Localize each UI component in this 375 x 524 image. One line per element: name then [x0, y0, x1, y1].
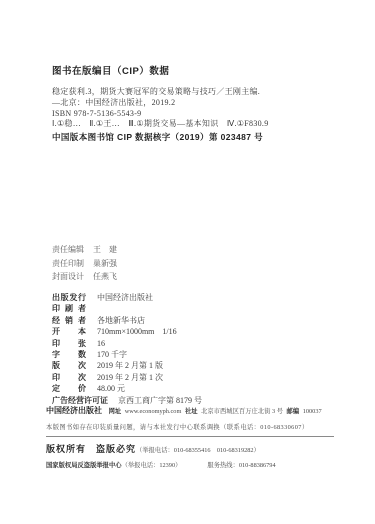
staff-label: 封面设计: [52, 272, 84, 281]
pub-label: 出版发行: [52, 292, 86, 303]
copyright-phones: （举报电话：010-68355416 010-68319282）: [136, 447, 260, 454]
cip-classification: Ⅰ.①稳… Ⅱ.①王… Ⅲ.①期货交易—基本知识 Ⅳ.①F830.9: [52, 119, 337, 130]
service-hotline: 服务热线：010-88386794: [207, 462, 275, 469]
anti-piracy-line: 国家版权局反盗版举报中心（举报电话：12390）服务热线：010-8838679…: [46, 460, 338, 469]
cip-record-number: 中国版本图书馆 CIP 数据核字（2019）第 023487 号: [52, 132, 337, 143]
staff-credits: 责任编辑 王 建 责任印制 巢新强 封面设计 任燕飞: [52, 243, 117, 284]
imprint-section: 中国经济出版社 网址 www.economyph.com 社址 北京市西城区百万…: [46, 406, 338, 469]
pub-row-format: 开本 710mm×1000mm 1/16: [52, 326, 345, 337]
staff-label: 责任印制: [52, 259, 84, 268]
pub-row-printer: 印刷者: [52, 303, 345, 314]
website-url: www.economyph.com: [125, 408, 182, 415]
pub-row-publisher: 出版发行 中国经济出版社: [52, 292, 345, 303]
pub-value: 48.00 元: [97, 384, 125, 393]
pub-label: 定价: [52, 383, 86, 394]
pub-value: 170 千字: [97, 350, 127, 359]
pub-value: 2019 年 2 月第 1 次: [97, 373, 163, 382]
pub-row-sheets: 印张 16: [52, 338, 345, 349]
pub-value: 各地新华书店: [97, 316, 145, 325]
publisher-name: 中国经济出版社: [46, 406, 102, 415]
pub-row-distributor: 经销者 各地新华书店: [52, 315, 345, 326]
staff-row-cover-design: 封面设计 任燕飞: [52, 270, 117, 284]
address-value: 北京市西城区百万庄北街 3 号: [201, 408, 283, 415]
staff-value: 王 建: [93, 245, 117, 254]
cip-section: 图书在版编目（CIP）数据 稳定获利.3，期货大赛冠军的交易策略与技巧／王刚主编…: [52, 63, 337, 143]
publisher-contact-line: 中国经济出版社 网址 www.economyph.com 社址 北京市西城区百万…: [46, 406, 338, 416]
pub-row-edition: 版次 2019 年 2 月第 1 版: [52, 360, 345, 371]
staff-label: 责任编辑: [52, 245, 84, 254]
license-label: 广告经营许可证: [52, 396, 108, 405]
staff-value: 巢新强: [93, 259, 117, 268]
anti-piracy-center: 国家版权局反盗版举报中心: [46, 462, 122, 469]
postcode-label: 邮编: [287, 408, 300, 415]
pub-label: 印张: [52, 338, 86, 349]
publication-details: 出版发行 中国经济出版社 印刷者 经销者 各地新华书店 开本 710mm×100…: [52, 292, 345, 406]
cip-publisher-line: —北京：中国经济出版社，2019.2: [52, 98, 337, 109]
pub-label: 经销者: [52, 315, 86, 326]
divider-line: [46, 436, 334, 437]
pub-label: 印刷者: [52, 303, 86, 314]
cip-header: 图书在版编目（CIP）数据: [52, 63, 337, 77]
pub-label: 字数: [52, 349, 86, 360]
pub-label: 开本: [52, 326, 86, 337]
pub-value: 710mm×1000mm 1/16: [97, 327, 177, 336]
staff-row-editor: 责任编辑 王 建: [52, 243, 117, 257]
website-label: 网址: [109, 408, 122, 415]
pub-row-impression: 印次 2019 年 2 月第 1 次: [52, 372, 345, 383]
pub-value: 16: [97, 339, 105, 348]
pub-label: 版次: [52, 360, 86, 371]
anti-piracy-phone: （举报电话：12390）: [122, 462, 182, 469]
pub-row-price: 定价 48.00 元: [52, 383, 345, 394]
postcode-value: 100037: [303, 408, 322, 415]
pub-value: 2019 年 2 月第 1 版: [97, 361, 163, 370]
copyright-notice: 版权所有 盗版必究（举报电话：010-68355416 010-68319282…: [46, 442, 338, 455]
license-value: 京西工商广字第 8179 号: [118, 396, 202, 405]
cip-isbn: ISBN 978-7-5136-5543-9: [52, 109, 337, 120]
cip-title-line: 稳定获利.3，期货大赛冠军的交易策略与技巧／王刚主编.: [52, 87, 337, 98]
copyright-statement: 版权所有 盗版必究: [46, 444, 136, 454]
address-label: 社址: [185, 408, 198, 415]
pub-row-ad-license: 广告经营许可证 京西工商广字第 8179 号: [52, 395, 345, 406]
pub-row-wordcount: 字数 170 千字: [52, 349, 345, 360]
staff-row-printing: 责任印制 巢新强: [52, 257, 117, 271]
quality-notice: 本版图书如存在印装质量问题，请与本社发行中心联系调换（联系电话：010-6833…: [46, 422, 338, 431]
pub-label: 印次: [52, 372, 86, 383]
staff-value: 任燕飞: [93, 272, 117, 281]
pub-value: 中国经济出版社: [97, 293, 153, 302]
copyright-page: 图书在版编目（CIP）数据 稳定获利.3，期货大赛冠军的交易策略与技巧／王刚主编…: [0, 0, 375, 524]
